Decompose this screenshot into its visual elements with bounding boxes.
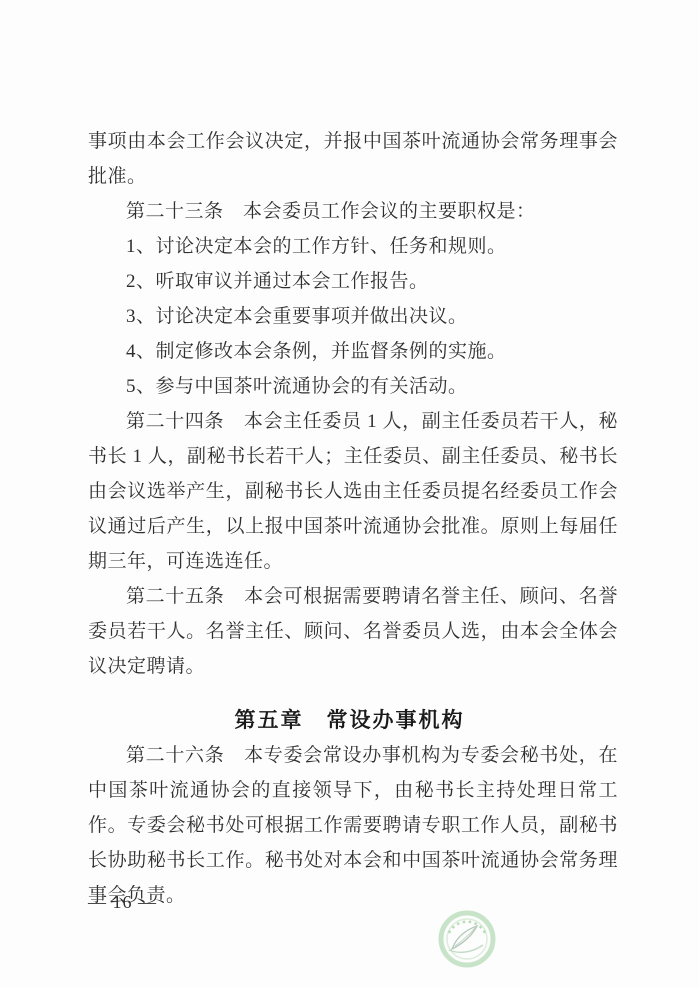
page-number: — 16 —	[88, 891, 157, 913]
list-item-4: 4、制定修改本会条例，并监督条例的实施。	[88, 334, 618, 369]
document-body: 事项由本会工作会议决定，并报中国茶叶流通协会常务理事会批准。 第二十三条 本会委…	[88, 124, 618, 684]
chapter-heading: 第五章 常设办事机构	[0, 703, 699, 738]
document-body-closing: 第二十六条 本专委会常设办事机构为专委会秘书处，在中国茶叶流通协会的直接领导下，…	[88, 738, 618, 913]
paragraph: 事项由本会工作会议决定，并报中国茶叶流通协会常务理事会批准。	[88, 124, 618, 194]
leaf-seal-watermark-icon	[436, 908, 498, 970]
paragraph-article-25: 第二十五条 本会可根据需要聘请名誉主任、顾问、名誉委员若干人。名誉主任、顾问、名…	[88, 579, 618, 684]
list-item-2: 2、听取审议并通过本会工作报告。	[88, 264, 618, 299]
document-page: 事项由本会工作会议决定，并报中国茶叶流通协会常务理事会批准。 第二十三条 本会委…	[0, 0, 699, 988]
list-item-3: 3、讨论决定本会重要事项并做出决议。	[88, 299, 618, 334]
paragraph-article-23: 第二十三条 本会委员工作会议的主要职权是：	[88, 194, 618, 229]
list-item-5: 5、参与中国茶叶流通协会的有关活动。	[88, 369, 618, 404]
paragraph-article-26: 第二十六条 本专委会常设办事机构为专委会秘书处，在中国茶叶流通协会的直接领导下，…	[88, 738, 618, 913]
list-item-1: 1、讨论决定本会的工作方针、任务和规则。	[88, 229, 618, 264]
paragraph-article-24: 第二十四条 本会主任委员 1 人，副主任委员若干人，秘书长 1 人，副秘书长若干…	[88, 404, 618, 579]
